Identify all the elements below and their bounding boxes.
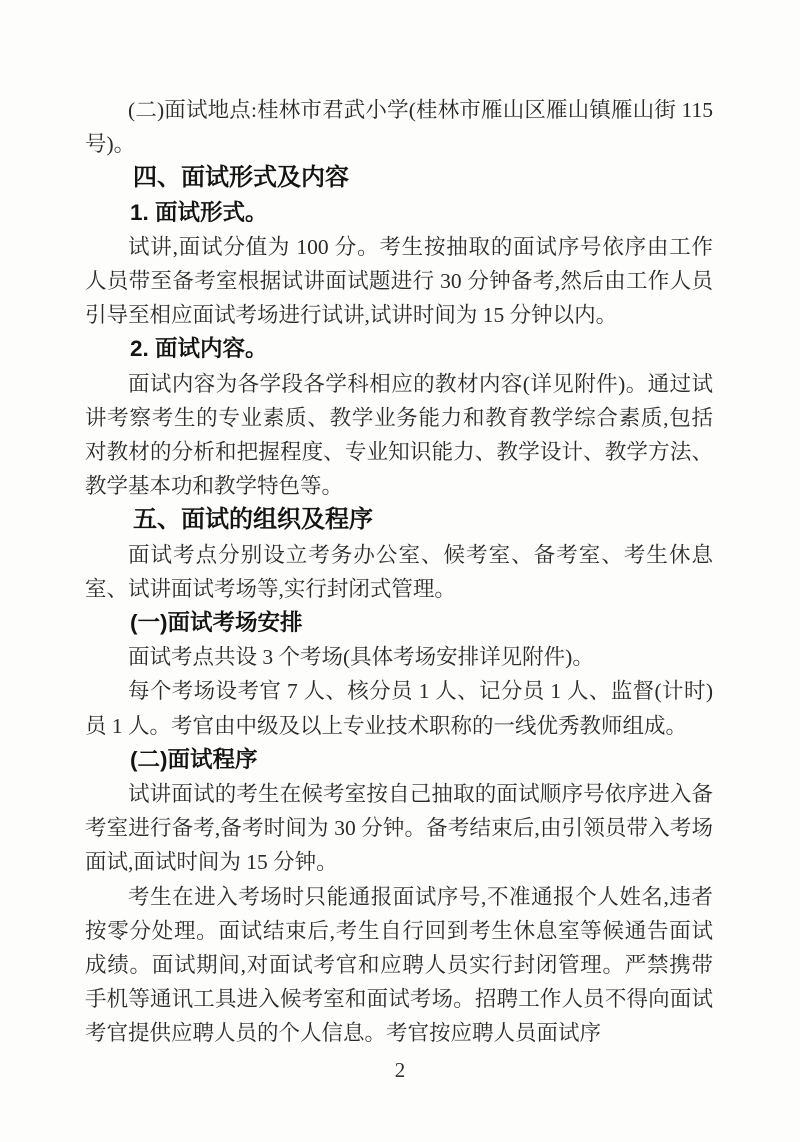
paragraph-interview-location: (二)面试地点:桂林市君武小学(桂林市雁山区雁山镇雁山街 115 号)。 <box>85 93 713 161</box>
document-content: (二)面试地点:桂林市君武小学(桂林市雁山区雁山镇雁山街 115 号)。 四、面… <box>85 93 713 1051</box>
subheading-1-room-arrangement: (一)面试考场安排 <box>85 606 713 640</box>
paragraph-site-rooms: 面试考点分别设立考务办公室、候考室、备考室、考生休息室、试讲面试考场等,实行封闭… <box>85 538 713 606</box>
section-heading-5-organization: 五、面试的组织及程序 <box>85 503 713 537</box>
document-page: (二)面试地点:桂林市君武小学(桂林市雁山区雁山镇雁山街 115 号)。 四、面… <box>0 0 800 1142</box>
section-heading-4-form-content: 四、面试形式及内容 <box>85 161 713 195</box>
subheading-2-interview-content: 2. 面试内容。 <box>85 332 713 366</box>
paragraph-procedure-rules: 考生在进入考场时只能通报面试序号,不准通报个人姓名,违者按零分处理。面试结束后,… <box>85 880 713 1051</box>
paragraph-examiner-staffing: 每个考场设考官 7 人、核分员 1 人、记分员 1 人、监督(计时)员 1 人。… <box>85 674 713 742</box>
page-number: 2 <box>0 1056 800 1084</box>
paragraph-interview-content: 面试内容为各学段各学科相应的教材内容(详见附件)。通过试讲考察考生的专业素质、教… <box>85 367 713 504</box>
paragraph-room-count: 面试考点共设 3 个考场(具体考场安排详见附件)。 <box>85 640 713 674</box>
paragraph-procedure-timing: 试讲面试的考生在候考室按自己抽取的面试顺序号依序进入备考室进行备考,备考时间为 … <box>85 777 713 880</box>
subheading-1-interview-form: 1. 面试形式。 <box>85 196 713 230</box>
subheading-2-interview-procedure: (二)面试程序 <box>85 743 713 777</box>
paragraph-interview-form: 试讲,面试分值为 100 分。考生按抽取的面试序号依序由工作人员带至备考室根据试… <box>85 230 713 333</box>
